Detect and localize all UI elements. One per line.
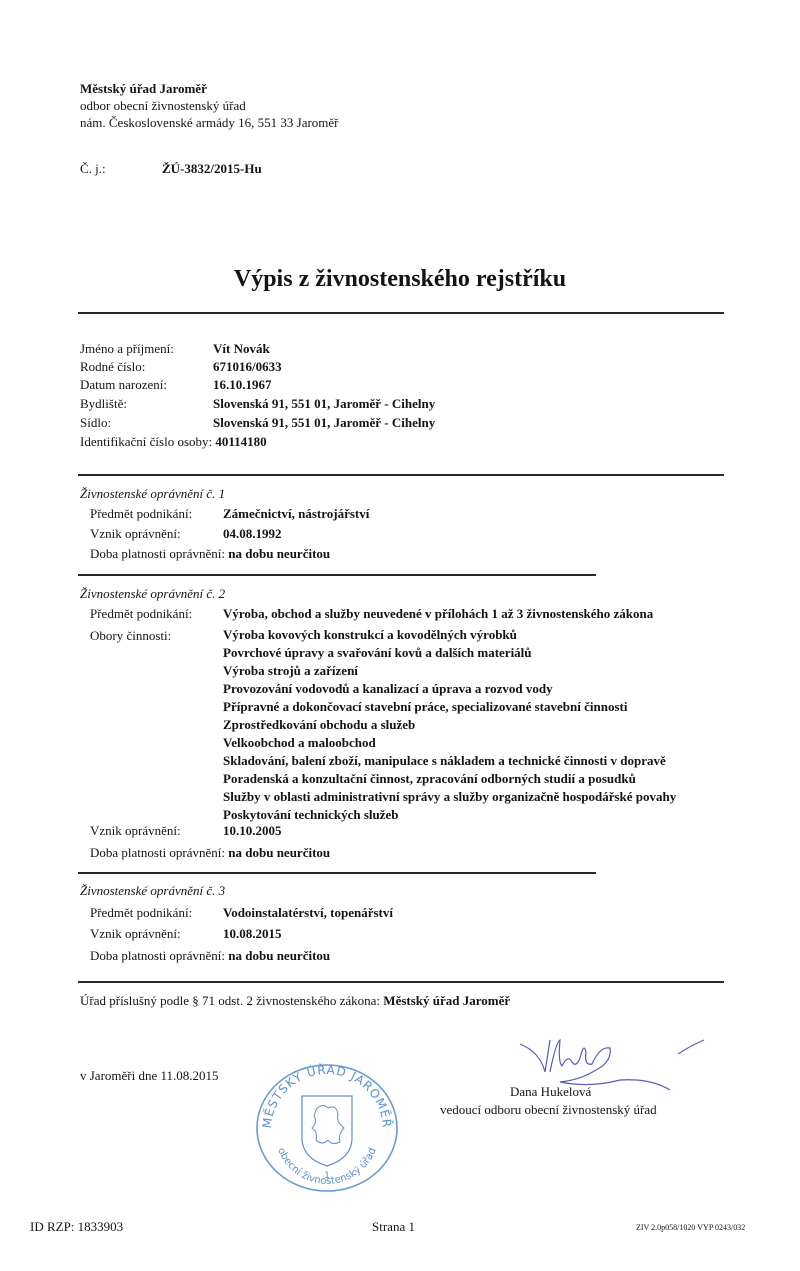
subject-value: Zámečnictví, nástrojářství (223, 505, 369, 522)
origin-value: 10.08.2015 (223, 925, 282, 942)
origin-label: Vznik oprávnění: (90, 925, 181, 942)
document-title: Výpis z živnostenského rejstříku (0, 266, 800, 293)
origin-label: Vznik oprávnění: (90, 525, 181, 542)
subject-label: Předmět podnikání: (90, 605, 192, 622)
list-item: Výroba kovových konstrukcí a kovodělných… (223, 627, 517, 643)
official-stamp-icon: MĚSTSKÝ ÚŘAD JAROMĚŘ obecní živnostenský… (254, 1060, 400, 1192)
signatory-name: Dana Hukelová (510, 1083, 591, 1100)
svg-text:1: 1 (324, 1171, 330, 1181)
issuer-office: Městský úřad Jaroměř (80, 80, 207, 97)
form-code: ZIV 2.0p058/1020 VYP 0243/032 (636, 1223, 745, 1232)
issuer-address: nám. Československé armády 16, 551 33 Ja… (80, 114, 339, 131)
validity-row: Doba platnosti oprávnění: na dobu neurči… (90, 844, 330, 861)
validity-value: na dobu neurčitou (228, 948, 330, 963)
reference-number: ŽÚ-3832/2015-Hu (162, 160, 262, 177)
origin-value: 10.10.2005 (223, 822, 282, 839)
list-item: Povrchové úpravy a svařování kovů a dalš… (223, 645, 532, 661)
subject-value: Výroba, obchod a služby neuvedené v příl… (223, 605, 653, 622)
validity-label: Doba platnosti oprávnění: (90, 948, 225, 963)
person-id-value: 40114180 (215, 434, 266, 449)
section-divider (78, 574, 596, 576)
fields-label: Obory činnosti: (90, 627, 171, 644)
validity-label: Doba platnosti oprávnění: (90, 845, 225, 860)
reference-label: Č. j.: (80, 160, 106, 177)
place-date: v Jaroměři dne 11.08.2015 (80, 1067, 219, 1084)
list-item: Přípravné a dokončovací stavební práce, … (223, 699, 627, 715)
license-heading: Živnostenské oprávnění č. 3 (80, 882, 225, 899)
residence-label: Bydliště: (80, 395, 127, 412)
subject-value: Vodoinstalatérství, topenářství (223, 904, 393, 921)
list-item: Poradenská a konzultační činnost, zpraco… (223, 771, 636, 787)
birth-number-label: Rodné číslo: (80, 358, 145, 375)
residence-value: Slovenská 91, 551 01, Jaroměř - Cihelny (213, 395, 435, 412)
seat-label: Sídlo: (80, 414, 111, 431)
validity-value: na dobu neurčitou (228, 845, 330, 860)
subject-label: Předmět podnikání: (90, 904, 192, 921)
name-label: Jméno a příjmení: (80, 340, 174, 357)
birth-date-label: Datum narození: (80, 376, 167, 393)
name-value: Vít Novák (213, 340, 270, 357)
competent-authority: Úřad příslušný podle § 71 odst. 2 živnos… (80, 992, 510, 1009)
birth-date-value: 16.10.1967 (213, 376, 272, 393)
section-divider (78, 981, 724, 983)
section-divider (78, 474, 724, 476)
person-id-row: Identifikační číslo osoby: 40114180 (80, 433, 720, 450)
rzp-id: ID RZP: 1833903 (30, 1218, 123, 1235)
subject-label: Předmět podnikání: (90, 505, 192, 522)
list-item: Velkoobchod a maloobchod (223, 735, 376, 751)
license-heading: Živnostenské oprávnění č. 2 (80, 585, 225, 602)
origin-value: 04.08.1992 (223, 525, 282, 542)
issuer-department: odbor obecní živnostenský úřad (80, 97, 246, 114)
list-item: Provozování vodovodů a kanalizací a úpra… (223, 681, 553, 697)
authority-value: Městský úřad Jaroměř (383, 993, 510, 1008)
validity-value: na dobu neurčitou (228, 546, 330, 561)
list-item: Skladování, balení zboží, manipulace s n… (223, 753, 666, 769)
birth-number-value: 671016/0633 (213, 358, 282, 375)
list-item: Zprostředkování obchodu a služeb (223, 717, 415, 733)
title-divider (78, 312, 724, 314)
origin-label: Vznik oprávnění: (90, 822, 181, 839)
list-item: Služby v oblasti administrativní správy … (223, 789, 676, 805)
license-heading: Živnostenské oprávnění č. 1 (80, 485, 225, 502)
signatory-position: vedoucí odboru obecní živnostenský úřad (440, 1101, 657, 1118)
authority-label: Úřad příslušný podle § 71 odst. 2 živnos… (80, 993, 380, 1008)
section-divider (78, 872, 596, 874)
validity-row: Doba platnosti oprávnění: na dobu neurči… (90, 947, 330, 964)
person-id-label: Identifikační číslo osoby: (80, 434, 212, 449)
validity-row: Doba platnosti oprávnění: na dobu neurči… (90, 545, 330, 562)
list-item: Poskytování technických služeb (223, 807, 399, 823)
list-item: Výroba strojů a zařízení (223, 663, 358, 679)
seat-value: Slovenská 91, 551 01, Jaroměř - Cihelny (213, 414, 435, 431)
validity-label: Doba platnosti oprávnění: (90, 546, 225, 561)
page-number: Strana 1 (372, 1218, 415, 1235)
